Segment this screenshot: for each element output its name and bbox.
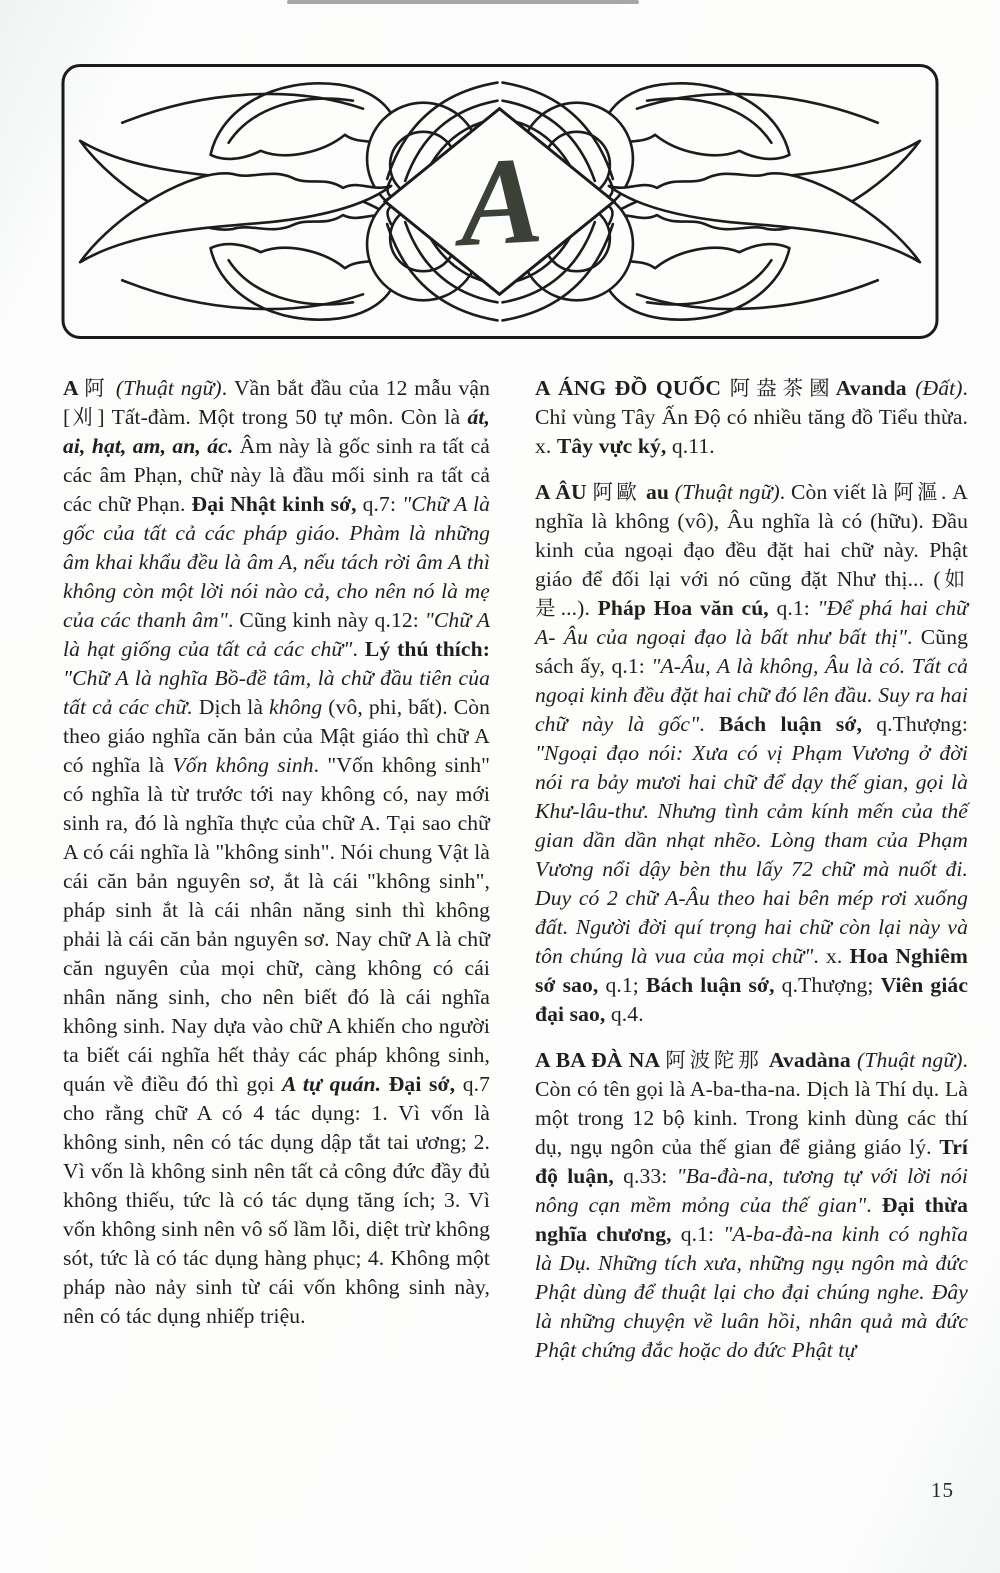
- text-run: q.1:: [672, 1222, 724, 1246]
- text-run: Đại Nhật kinh sớ,: [192, 492, 357, 516]
- text-run: q.33:: [614, 1164, 677, 1188]
- text-run: A BA ĐÀ NA: [535, 1048, 665, 1072]
- text-run: Đại sớ,: [389, 1072, 455, 1096]
- text-run: (Thuật ngữ): [857, 1048, 962, 1072]
- text-run: [907, 376, 916, 400]
- text-run: . "Vốn không sinh" có nghĩa là từ trước …: [63, 753, 490, 1096]
- text-run: Pháp Hoa văn cú,: [598, 596, 769, 620]
- right-column: A ÁNG ĐỒ QUỐC 阿盎茶國Avanda (Đất). Chỉ vùng…: [535, 374, 968, 1365]
- text-run: A ÁNG ĐỒ QUỐC: [535, 376, 730, 400]
- text-run: Lý thú thích:: [365, 637, 490, 661]
- text-run: (Thuật ngữ): [116, 376, 222, 400]
- entry-a-ang-do-quoc: A ÁNG ĐỒ QUỐC 阿盎茶國Avanda (Đất). Chỉ vùng…: [535, 374, 968, 461]
- text-run: 阿: [84, 376, 109, 400]
- text-run: .: [699, 712, 719, 736]
- text-run: A: [63, 376, 84, 400]
- text-run: A tự quán.: [282, 1072, 381, 1096]
- text-run: 阿歐: [593, 480, 641, 504]
- text-run: . Còn viết là: [780, 480, 894, 504]
- text-run: ...).: [561, 596, 598, 620]
- text-run: .: [866, 1193, 882, 1217]
- text-run: Tây vực ký,: [557, 434, 666, 458]
- text-run: Vốn không sinh: [172, 753, 313, 777]
- text-run: . Cũng kinh này q.12:: [228, 608, 425, 632]
- text-run: 阿盎茶國: [730, 376, 836, 400]
- text-run: không: [269, 695, 322, 719]
- text-run: 阿漚: [893, 480, 941, 504]
- text-run: 阿波陀那: [665, 1048, 762, 1072]
- text-run: Bách luận sớ,: [719, 712, 862, 736]
- text-run: [381, 1072, 389, 1096]
- text-run: 刈: [70, 405, 97, 429]
- text-run: [109, 376, 116, 400]
- scan-edge-artifact: [287, 0, 639, 4]
- header-letter: A: [449, 130, 546, 273]
- text-run: Bách luận sớ,: [646, 973, 775, 997]
- entry-a-au: A ÂU 阿歐 au (Thuật ngữ). Còn viết là 阿漚. …: [535, 478, 968, 1029]
- text-run: q.Thượng;: [775, 973, 881, 997]
- text-run: . x.: [813, 944, 849, 968]
- entry-a-ba-da-na: A BA ĐÀ NA 阿波陀那 Avadàna (Thuật ngữ). Còn…: [535, 1046, 968, 1365]
- text-run: q.4.: [605, 1002, 643, 1026]
- text-run: q.11.: [666, 434, 714, 458]
- page-number: 15: [931, 1478, 954, 1503]
- ornament-svg: A: [60, 62, 940, 341]
- text-run: q.Thượng:: [862, 712, 968, 736]
- text-run: Avadàna: [769, 1048, 851, 1072]
- text-run: .: [352, 637, 364, 661]
- text-run: ] Tất-đàm. Một trong 50 tự môn. Còn là: [97, 405, 467, 429]
- header-ornament: A: [60, 62, 940, 341]
- text-run: (Đất): [915, 376, 962, 400]
- entry-a: A 阿 (Thuật ngữ). Vần bắt đầu của 12 mẫu …: [63, 374, 490, 1331]
- text-run: q.7:: [357, 492, 402, 516]
- text-run: q.1;: [598, 973, 646, 997]
- text-run: au: [646, 480, 675, 504]
- text-run: Avanda: [836, 376, 907, 400]
- left-column: A 阿 (Thuật ngữ). Vần bắt đầu của 12 mẫu …: [63, 374, 490, 1365]
- text-run: A ÂU: [535, 480, 593, 504]
- text-run: q.7 cho rằng chữ A có 4 tác dụng: 1. Vì …: [63, 1072, 490, 1328]
- text-columns: A 阿 (Thuật ngữ). Vần bắt đầu của 12 mẫu …: [63, 374, 968, 1365]
- text-run: Dịch là: [193, 695, 269, 719]
- text-run: (Thuật ngữ): [675, 480, 780, 504]
- text-run: q.1:: [769, 596, 818, 620]
- text-run: "Ngoại đạo nói: Xưa có vị Phạm Vương ở đ…: [535, 741, 968, 968]
